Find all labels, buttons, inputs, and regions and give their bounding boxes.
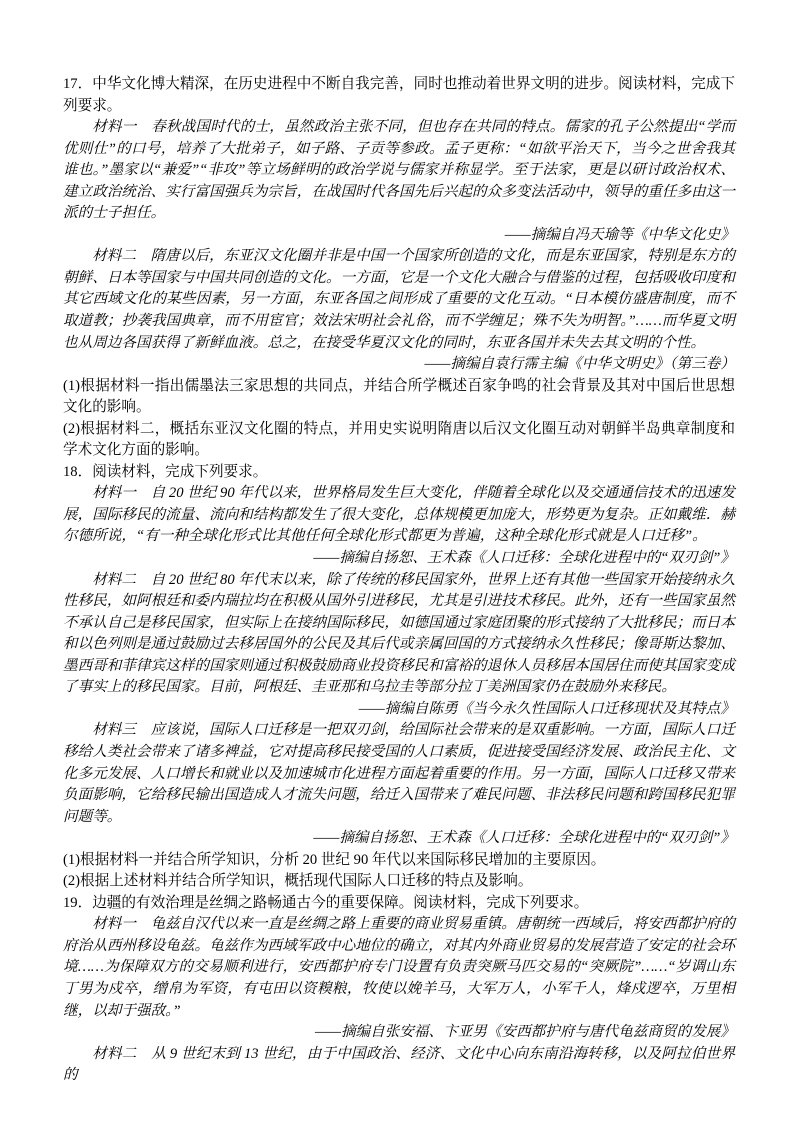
question-17-material-2-source: ——摘编自袁行霈主编《中华文明史》（第三卷） xyxy=(63,354,735,376)
question-17-part-1: (1)根据材料一指出儒墨法三家思想的共同点，并结合所学概述百家争鸣的社会背景及其… xyxy=(63,376,735,419)
question-18-material-2: 材料二 自 20 世纪 80 年代末以来，除了传统的移民国家外，世界上还有其他一… xyxy=(63,570,735,699)
question-19-material-1-source: ——摘编自张安福、卞亚男《安西都护府与唐代龟兹商贸的发展》 xyxy=(63,1022,735,1044)
question-17-material-1-source: ——摘编自冯天瑜等《中华文化史》 xyxy=(63,225,735,247)
question-19: 19．边疆的有效治理是丝绸之路畅通古今的重要保障。阅读材料，完成下列要求。 材料… xyxy=(63,893,735,1087)
question-18-material-1-source: ——摘编自扬恕、王术森《人口迁移：全球化进程中的“双刃剑”》 xyxy=(63,548,735,570)
question-17: 17．中华文化博大精深，在历史进程中不断自我完善，同时也推动着世界文明的进步。阅… xyxy=(63,74,735,462)
question-18-material-2-source: ——摘编自陈勇《当今永久性国际人口迁移现状及其特点》 xyxy=(63,699,735,721)
question-19-stem: 19．边疆的有效治理是丝绸之路畅通古今的重要保障。阅读材料，完成下列要求。 xyxy=(63,893,735,915)
question-18-part-1: (1)根据材料一并结合所学知识，分析 20 世纪 90 年代以来国际移民增加的主… xyxy=(63,850,735,872)
question-18: 18．阅读材料，完成下列要求。 材料一 自 20 世纪 90 年代以来，世界格局… xyxy=(63,462,735,893)
question-18-material-3: 材料三 应该说，国际人口迁移是一把双刃剑，给国际社会带来的是双重影响。一方面，国… xyxy=(63,720,735,828)
exam-paper-page: 17．中华文化博大精深，在历史进程中不断自我完善，同时也推动着世界文明的进步。阅… xyxy=(0,0,794,1123)
question-18-part-2: (2)根据上述材料并结合所学知识，概括现代国际人口迁移的特点及影响。 xyxy=(63,871,735,893)
question-17-material-1: 材料一 春秋战国时代的士，虽然政治主张不同，但也存在共同的特点。儒家的孔子公然提… xyxy=(63,117,735,225)
question-17-part-2: (2)根据材料二，概括东亚汉文化圈的特点，并用史实说明隋唐以后汉文化圈互动对朝鲜… xyxy=(63,419,735,462)
question-17-material-2: 材料二 隋唐以后，东亚汉文化圈并非是中国一个国家所创造的文化，而是东亚国家，特别… xyxy=(63,246,735,354)
question-19-material-2: 材料二 从 9 世纪末到 13 世纪，由于中国政治、经济、文化中心向东南沿海转移… xyxy=(63,1044,735,1087)
question-18-stem: 18．阅读材料，完成下列要求。 xyxy=(63,462,735,484)
question-19-material-1: 材料一 龟兹自汉代以来一直是丝绸之路上重要的商业贸易重镇。唐朝统一西域后，将安西… xyxy=(63,914,735,1022)
question-18-material-1: 材料一 自 20 世纪 90 年代以来，世界格局发生巨大变化，伴随着全球化以及交… xyxy=(63,483,735,548)
question-17-stem: 17．中华文化博大精深，在历史进程中不断自我完善，同时也推动着世界文明的进步。阅… xyxy=(63,74,735,117)
question-18-material-3-source: ——摘编自扬恕、王术森《人口迁移：全球化进程中的“双刃剑”》 xyxy=(63,828,735,850)
